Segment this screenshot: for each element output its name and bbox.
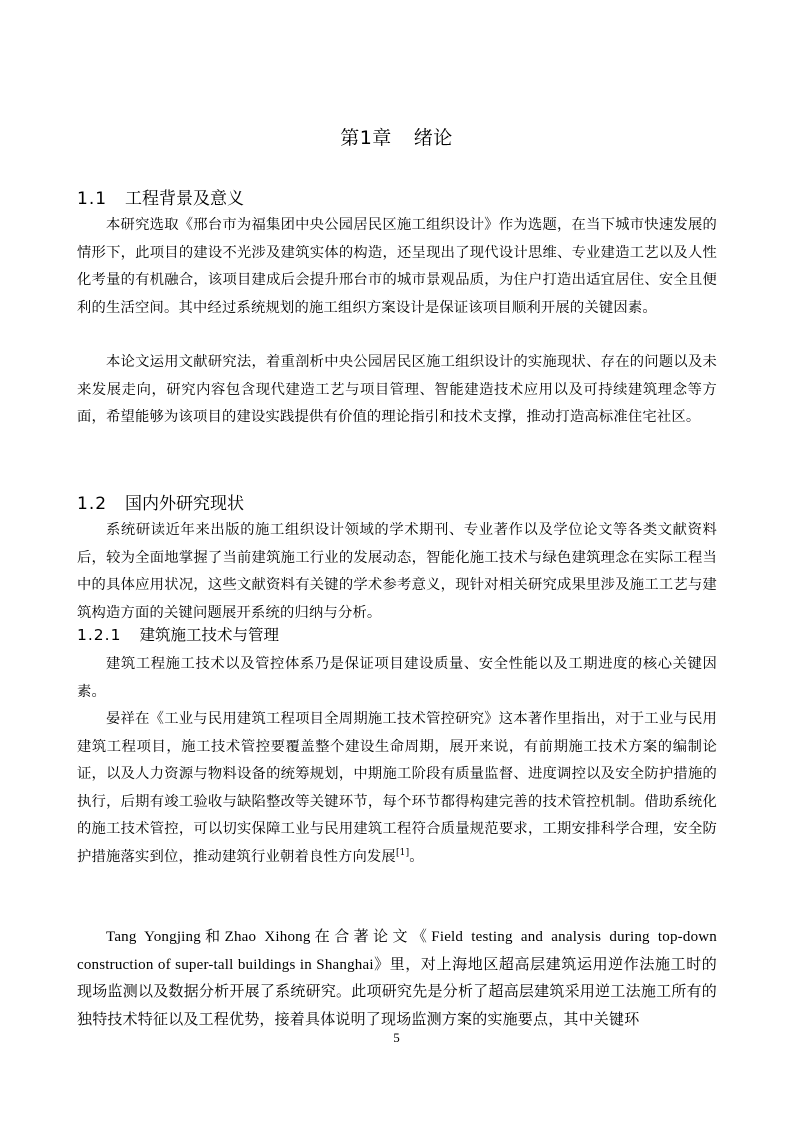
document-page: 第1章绪论 1.1工程背景及意义 本研究选取《邢台市为福集团中央公园居民区施工组… [0,0,793,1122]
section-heading-1-1: 1.1工程背景及意义 [77,184,244,209]
paragraph: 建筑工程施工技术以及管控体系乃是保证项目建设质量、安全性能以及工期进度的核心关键… [77,651,717,706]
page-number: 5 [0,1030,793,1046]
paragraph: 本研究选取《邢台市为福集团中央公园居民区施工组织设计》作为选题，在当下城市快速发… [77,212,717,322]
paragraph: 本论文运用文献研究法，着重剖析中央公园居民区施工组织设计的实施现状、存在的问题以… [77,349,717,432]
section-number: 1.2 [77,494,107,514]
chapter-number: 第1章 [340,127,392,149]
chapter-name: 绪论 [414,127,453,149]
section-title: 工程背景及意义 [125,189,244,209]
subsection-title: 建筑施工技术与管理 [139,626,279,644]
section-heading-1-2: 1.2国内外研究现状 [77,489,244,514]
paragraph-with-citation: 晏祥在《工业与民用建筑工程项目全周期施工技术管控研究》这本著作里指出，对于工业与… [77,706,717,872]
citation-reference[interactable]: [1] [396,848,409,858]
chapter-title: 第1章绪论 [0,123,793,150]
paragraph: 系统研读近年来出版的施工组织设计领域的学术期刊、专业著作以及学位论文等各类文献资… [77,517,717,627]
subsection-heading-1-2-1: 1.2.1建筑施工技术与管理 [77,623,279,645]
section-title: 国内外研究现状 [125,494,244,514]
paragraph: Tang Yongjing和Zhao Xihong在合著论文《Field tes… [77,924,717,1034]
section-number: 1.1 [77,189,107,209]
paragraph-text: 晏祥在《工业与民用建筑工程项目全周期施工技术管控研究》这本著作里指出，对于工业与… [77,711,717,865]
paragraph-tail: 。 [409,849,424,865]
subsection-number: 1.2.1 [77,626,121,644]
